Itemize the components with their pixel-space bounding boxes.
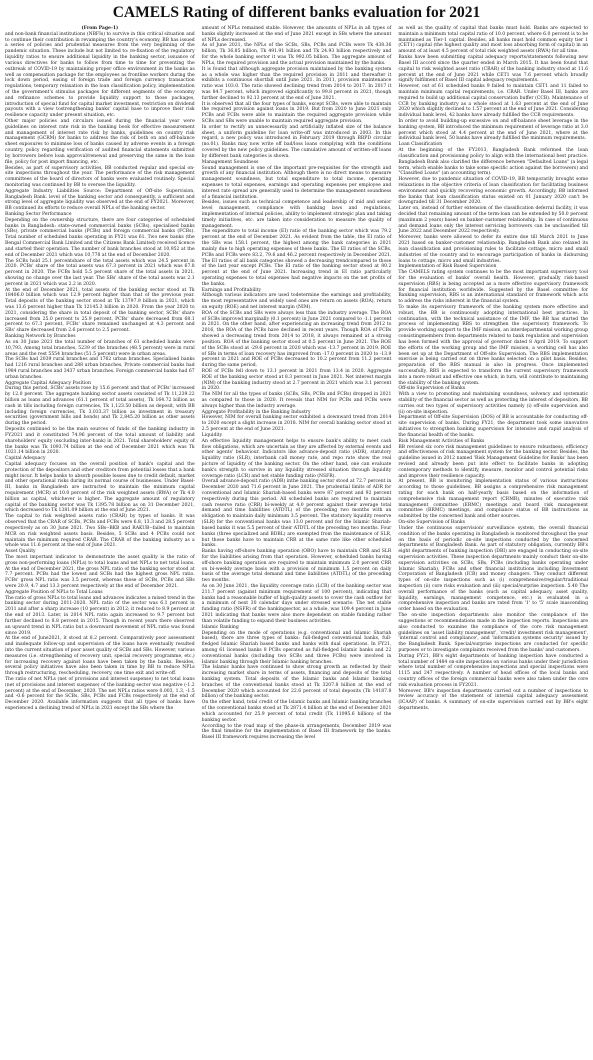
article-paragraph: Overall advance-deposit ratio (ADR) inth…: [202, 479, 392, 549]
article-paragraph: As on 30 June 2021, the liquidity covera…: [202, 584, 392, 625]
article-paragraph: ROE of FCBs fell down to 13.1 percent in…: [202, 369, 392, 392]
article-paragraph: Depending on the ownership structure, th…: [5, 218, 195, 259]
article-paragraph: Besides, issues such as technical compet…: [202, 200, 392, 229]
article-paragraph: and non-bank financial institutions (NBF…: [5, 32, 195, 119]
article-paragraph: During FY21, BB's eight departments of b…: [398, 654, 588, 689]
article-paragraph: The ratio of gross NPLs to total loans a…: [5, 596, 195, 637]
article-paragraph: Under the continuous supervision/ survei…: [398, 526, 588, 613]
article-paragraph: Depending on the mode of operations (e.g…: [202, 631, 392, 666]
article-paragraph: The ratio of net NPLs (net of provisions…: [5, 677, 195, 712]
article-paragraph: Later on, instead of further extension o…: [398, 206, 588, 235]
article-paragraph: BB revised six core risk management guid…: [398, 445, 588, 480]
article-paragraph: The SCBs hold 25.1 percentshare of the t…: [5, 259, 195, 288]
article-paragraph: ROA of the SCBs and SBs were always less…: [202, 311, 392, 369]
article-paragraph: However, out of 61 scheduled banks 9 fai…: [398, 84, 588, 119]
article-paragraph: The Islamic banks have continued to show…: [202, 665, 392, 700]
article-paragraph: Department of Off-site Supervision (DOS)…: [398, 415, 588, 438]
article-paragraph: At present, BB is monitoring implementat…: [398, 479, 588, 520]
article-paragraph: The CAMELS rating system continues to be…: [398, 270, 588, 305]
article-paragraph: amount of NPLs remained stable. However,…: [202, 26, 392, 43]
article-paragraph: Although various indicators are used tod…: [202, 293, 392, 310]
article-paragraph: To make its supervisory framework of the…: [398, 305, 588, 386]
article-paragraph: At the end of December 2021, total asset…: [5, 288, 195, 335]
article-paragraph: Moreover, banks were allowed to defer it…: [398, 235, 588, 264]
article-paragraph: Deposits continued to be the main source…: [5, 427, 195, 456]
article-paragraph: According to the road map of the phase-i…: [202, 724, 392, 741]
article-paragraph: However, NIM for overall banking sector …: [202, 415, 392, 432]
article-column-3: as well as the quality of capital that b…: [398, 26, 588, 712]
article-paragraph: At the end of June2021, it stood at 8.2 …: [5, 636, 195, 677]
article-paragraph: Besides, as part of supervisory activiti…: [5, 166, 195, 189]
article-paragraph: Banks have been submitting capital adequ…: [398, 55, 588, 84]
article-paragraph: As on 30 June 2021 the total number of b…: [5, 340, 195, 357]
article-paragraph: Sound management is one of the important…: [202, 166, 392, 201]
article-paragraph: In order to rectify an unnecessarily and…: [202, 125, 392, 160]
article-paragraph: as well as the quality of capital that b…: [398, 26, 588, 55]
article-columns: (From Page-1) and non-bank financial ins…: [5, 26, 588, 741]
article-paragraph: An effective liquidity management helps …: [202, 439, 392, 480]
article-paragraph: The on-site inspection departments also …: [398, 613, 588, 654]
article-column-1: (From Page-1) and non-bank financial ins…: [5, 26, 195, 712]
article-paragraph: Moreover, BB's inspection departments ca…: [398, 689, 588, 712]
article-paragraph: It is found that although aggregate prov…: [202, 67, 392, 102]
article-paragraph: On the other hand, total credit of the I…: [202, 700, 392, 723]
article-paragraph: In order to avoid building-up excessive …: [398, 119, 588, 142]
article-title: CAMELS Rating of different banks evaluat…: [5, 4, 588, 22]
article-paragraph: As of June 2021, the NPLs of the SCBs, S…: [202, 43, 392, 66]
article-paragraph: Capital adequacy focuses on the overall …: [5, 462, 195, 514]
article-paragraph: However, due to pandemic situation of CO…: [398, 177, 588, 206]
article-column-2: amount of NPLs remained stable. However,…: [202, 26, 392, 741]
article-paragraph: Banks having off-shore banking operation…: [202, 549, 392, 584]
article-paragraph: The most important indicator to demonstr…: [5, 555, 195, 590]
article-paragraph: Aggregate Industry Liabilities Source: D…: [5, 189, 195, 212]
article-paragraph: The expenditure to total income (EI) rat…: [202, 229, 392, 287]
article-paragraph: During this period, SCBs' assets rose by…: [5, 386, 195, 427]
article-paragraph: At the beginning of the FY2013, Banglade…: [398, 148, 588, 177]
newspaper-page: CAMELS Rating of different banks evaluat…: [0, 0, 593, 1060]
article-paragraph: With a view to promoting and maintaining…: [398, 392, 588, 415]
article-paragraph: The capital to risk weighted assets rati…: [5, 514, 195, 549]
article-paragraph: The NIM for all the types of banks (SCBs…: [202, 392, 392, 409]
article-paragraph: It is observed that all the four types o…: [202, 102, 392, 125]
article-paragraph: The SCBs had 2039 rural branches and 176…: [5, 357, 195, 380]
article-paragraph: Other major policies and circulars issue…: [5, 119, 195, 166]
